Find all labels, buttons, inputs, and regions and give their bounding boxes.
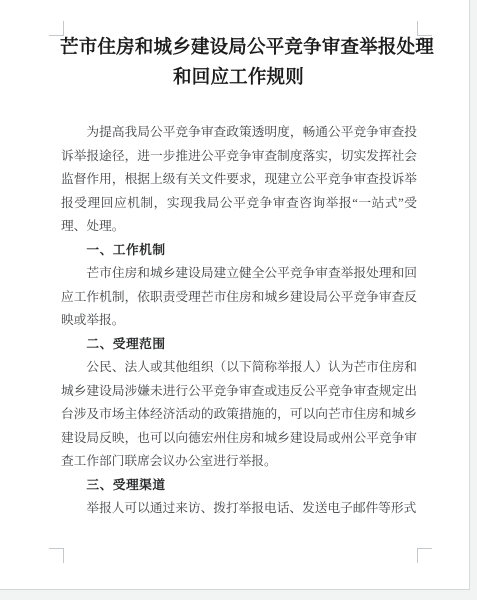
section-2-heading: 二、受理范围	[61, 333, 417, 357]
section-1-heading: 一、工作机制	[61, 239, 417, 263]
margin-mark-bottom-left-icon	[49, 548, 64, 563]
intro-paragraph: 为提高我局公平竞争审查政策透明度，畅通公平竞争审查投诉举报途径，进一步推进公平竞…	[61, 121, 417, 239]
document-body: 为提高我局公平竞争审查政策透明度，畅通公平竞争审查投诉举报途径，进一步推进公平竞…	[61, 121, 417, 521]
margin-mark-bottom-right-icon	[417, 548, 432, 563]
document-viewport: 芒市住房和城乡建设局公平竞争审查举报处理 和回应工作规则 为提高我局公平竞争审查…	[0, 0, 477, 600]
document-page: 芒市住房和城乡建设局公平竞争审查举报处理 和回应工作规则 为提高我局公平竞争审查…	[0, 0, 470, 590]
title-line-2: 和回应工作规则	[60, 63, 417, 93]
title-line-1: 芒市住房和城乡建设局公平竞争审查举报处理	[60, 33, 417, 63]
section-3-heading: 三、受理渠道	[61, 474, 417, 498]
document-title: 芒市住房和城乡建设局公平竞争审查举报处理 和回应工作规则	[60, 33, 417, 93]
section-2-paragraph: 公民、法人或其他组织（以下简称举报人）认为芒市住房和城乡建设局涉嫌未进行公平竞争…	[61, 356, 417, 474]
section-1-paragraph: 芒市住房和城乡建设局建立健全公平竞争审查举报处理和回应工作机制，依职责受理芒市住…	[61, 262, 417, 333]
section-3-paragraph: 举报人可以通过来访、拨打举报电话、发送电子邮件等形式	[61, 497, 417, 521]
margin-mark-top-right-icon	[417, 21, 432, 36]
